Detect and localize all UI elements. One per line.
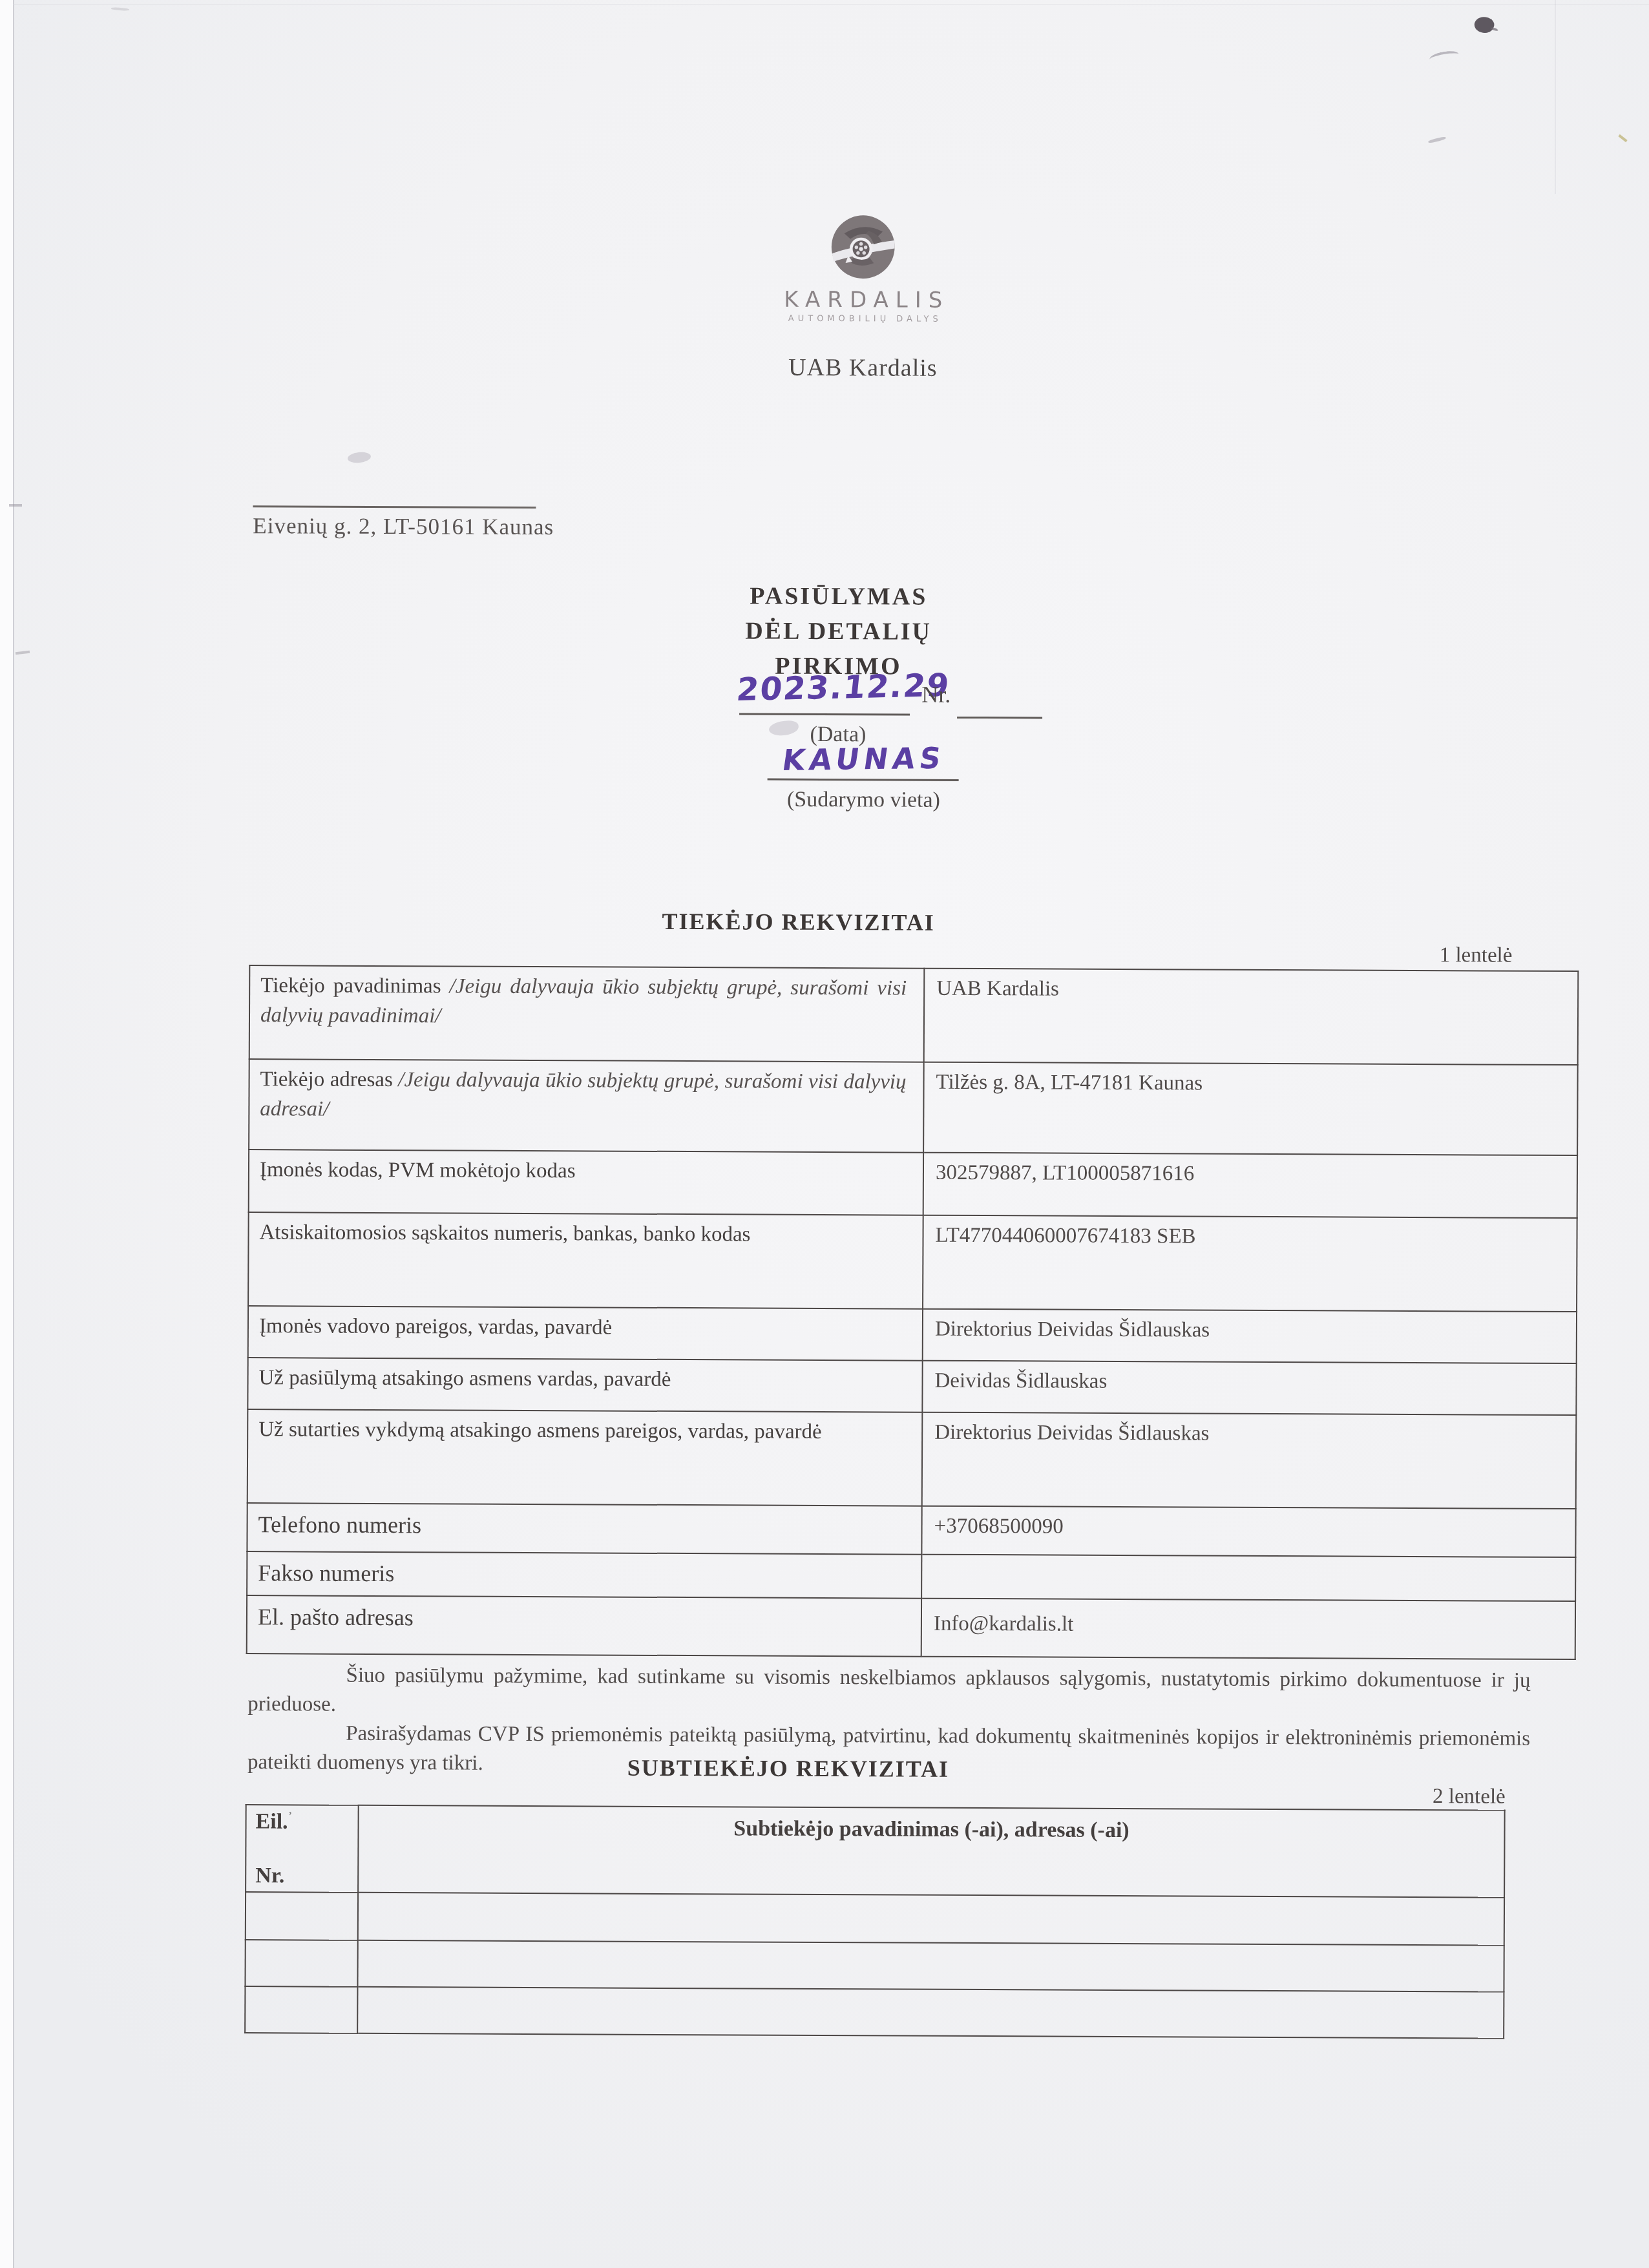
row-label: Tiekėjo adresas (260, 1067, 393, 1091)
row-label: Atsiskaitomosios sąskaitos numeris, bank… (259, 1221, 750, 1246)
table-header-row: Eil.’ Nr. Subtiekėjo pavadinimas (-ai), … (246, 1805, 1505, 1898)
company-header: KARDALIS AUTOMOBILIŲ DALYS UAB Kardalis (777, 213, 950, 383)
doc-title-line2: DĖL DETALIŲ (645, 616, 1033, 647)
address-rule (253, 505, 536, 509)
row-label: Fakso numeris (258, 1560, 394, 1586)
row-value: Direktorius Deividas Šidlauskas (922, 1412, 1577, 1509)
row-value: LT477044060007674183 SEB (923, 1215, 1577, 1312)
scan-tick: ’ (288, 1809, 293, 1823)
place-caption: (Sudarymo vieta) (728, 787, 999, 813)
table2-label: 2 lentelė (1350, 1785, 1506, 1809)
row-label: Įmonės vadovo pareigos, vardas, pavardė (259, 1314, 612, 1339)
table-row-empty (245, 1940, 1504, 1991)
table-row: Tiekėjo adresas /Jeigu dalyvauja ūkio su… (249, 1059, 1578, 1155)
table-row: Už sutarties vykdymą atsakingo asmens pa… (247, 1409, 1577, 1509)
row-value: Tilžės g. 8A, LT-47181 Kaunas (923, 1062, 1578, 1155)
nr-underline (957, 717, 1042, 719)
table-row: Įmonės kodas, PVM mokėtojo kodas 3025798… (249, 1150, 1577, 1218)
row-value: Deividas Šidlauskas (922, 1361, 1576, 1415)
place-underline (768, 779, 959, 781)
row-label: Įmonės kodas, PVM mokėtojo kodas (260, 1158, 576, 1182)
row-value (921, 1555, 1575, 1601)
row-label: Už sutarties vykdymą atsakingo asmens pa… (258, 1418, 822, 1444)
table1-label: 1 lentelė (1357, 943, 1512, 968)
handwritten-place: KAUNAS (761, 740, 967, 777)
col-name-header: Subtiekėjo pavadinimas (-ai), adresas (-… (358, 1805, 1505, 1898)
row-label: El. pašto adresas (258, 1604, 414, 1630)
table-row-empty (245, 1986, 1504, 2038)
row-value: Info@kardalis.lt (921, 1598, 1575, 1659)
row-label: Už pasiūlymą atsakingo asmens vardas, pa… (259, 1366, 671, 1391)
subcontractor-table: Eil.’ Nr. Subtiekėjo pavadinimas (-ai), … (244, 1804, 1506, 2039)
col-no-header-line2: Nr. (255, 1864, 351, 1888)
logo-wordmark: KARDALIS (777, 287, 949, 313)
nr-label: Nr. (921, 681, 951, 708)
row-label: Tiekėjo pavadinimas (260, 974, 441, 998)
row-value: Direktorius Deividas Šidlauskas (923, 1309, 1577, 1363)
handwritten-date: 2023.12.29 (735, 667, 919, 708)
logo-tagline: AUTOMOBILIŲ DALYS (784, 314, 942, 324)
kardalis-logo-icon (830, 213, 897, 280)
col-no-header-line1: Eil. (256, 1809, 288, 1833)
doc-title-line1: PASIŪLYMAS (645, 582, 1033, 612)
supplier-section-heading: TIEKĖJO REKVIZITAI (152, 905, 1445, 938)
declaration-paragraph-1: Šiuo pasiūlymu pažymime, kad sutinkame s… (247, 1661, 1530, 1724)
scanned-document-page: KARDALIS AUTOMOBILIŲ DALYS UAB Kardalis … (0, 0, 1649, 2268)
supplier-requisites-table: Tiekėjo pavadinimas /Jeigu dalyvauja ūki… (246, 965, 1579, 1660)
table-row: Tiekėjo pavadinimas /Jeigu dalyvauja ūki… (249, 965, 1579, 1065)
table-row: Telefono numeris +37068500090 (247, 1503, 1575, 1557)
row-value: +37068500090 (921, 1506, 1575, 1557)
company-address: Eivenių g. 2, LT-50161 Kaunas (253, 513, 554, 540)
date-underline (739, 713, 910, 715)
table-row: Atsiskaitomosios sąskaitos numeris, bank… (248, 1212, 1577, 1312)
subcontractor-section-heading: SUBTIEKĖJO REKVIZITAI (155, 1752, 1422, 1785)
table-row: Už pasiūlymą atsakingo asmens vardas, pa… (247, 1358, 1576, 1415)
company-name: UAB Kardalis (788, 353, 938, 383)
row-value: UAB Kardalis (924, 969, 1579, 1065)
row-value: 302579887, LT100005871616 (923, 1153, 1577, 1218)
table-row: Įmonės vadovo pareigos, vardas, pavardė … (248, 1306, 1577, 1363)
row-label: Telefono numeris (258, 1511, 422, 1538)
table-row: El. pašto adresas Info@kardalis.lt (247, 1595, 1575, 1659)
table-row-empty (246, 1892, 1504, 1945)
table-row: Fakso numeris (247, 1551, 1575, 1601)
